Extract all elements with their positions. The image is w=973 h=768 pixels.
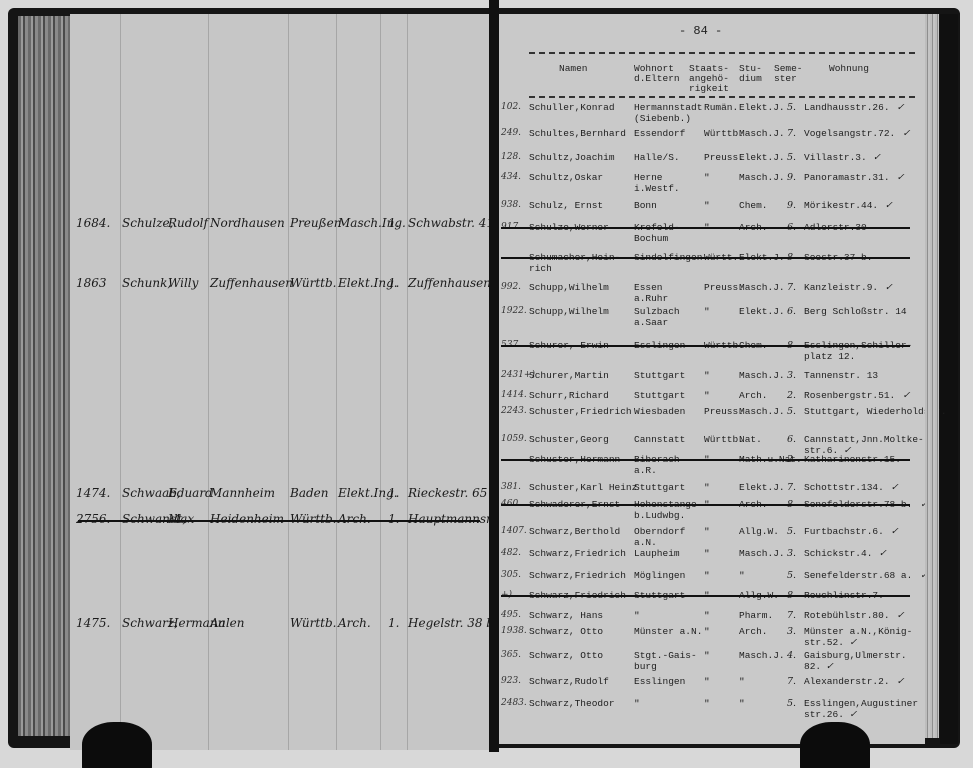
- entry-number: 1863: [76, 276, 107, 290]
- cell-semester: 5.: [787, 698, 796, 709]
- header-hometown: Wohnort d.Eltern: [634, 64, 680, 84]
- cell-address: Esslingen,Schiller- platz 12.: [804, 340, 912, 362]
- cell-hometown: Stuttgart: [634, 370, 685, 381]
- entry-number: 1684.: [76, 216, 110, 230]
- cell-name: Schurr,Richard: [529, 390, 609, 401]
- cell-hometown: Sulzbach a.Saar: [634, 306, 680, 328]
- cell-number: 482.: [501, 548, 521, 559]
- cell-study: Masch.J.: [739, 406, 785, 417]
- cell-semester: 7.: [787, 128, 796, 139]
- cell-nationality: ": [704, 610, 710, 621]
- ledger-entry: 1684.Schulze,RudolfNordhausenPreußenMasc…: [70, 210, 490, 240]
- cell-name: Schurer, Erwin: [529, 340, 609, 351]
- cell-semester: 8: [787, 590, 793, 601]
- cell-number: 381.: [501, 482, 521, 493]
- cell-name: Schurer,Martin: [529, 370, 609, 381]
- cell-nationality: ": [704, 200, 710, 211]
- cell-number: 938.: [501, 200, 521, 211]
- check-mark-icon: ✓: [885, 200, 893, 211]
- cell-study: Masch.J.: [739, 282, 785, 293]
- cell-number: 923.: [501, 676, 521, 687]
- cell-nationality: ": [704, 590, 710, 601]
- cell-hometown: Hohenstange b.Ludwbg.: [634, 499, 697, 521]
- cell-address: Villastr.3.: [804, 152, 867, 163]
- cell-nationality: ": [704, 626, 710, 637]
- cell-number: 434.: [501, 172, 521, 183]
- cell-name: Schwarz, Hans: [529, 610, 603, 621]
- cell-number: 1922.: [501, 306, 527, 317]
- entry-hometown: Zuffenhausen: [210, 276, 293, 290]
- cell-name: Schwarz,Friedrich: [529, 590, 626, 601]
- check-mark-icon: ✓: [826, 661, 834, 672]
- header-rule-top: [529, 52, 915, 55]
- cell-name: Schultz,Oskar: [529, 172, 603, 183]
- cell-nationality: ": [704, 526, 710, 537]
- entry-state: Baden: [290, 486, 328, 500]
- cell-nationality: ": [704, 390, 710, 401]
- cell-address: Gaisburg,Ulmerstr. 82.: [804, 650, 907, 672]
- cell-name: Schupp,Wilhelm: [529, 282, 609, 293]
- check-mark-icon: ✓: [897, 610, 905, 621]
- cell-nationality: Württb.: [704, 128, 744, 139]
- cell-study: Arch.: [739, 499, 768, 510]
- cell-hometown: Cannstatt: [634, 434, 685, 445]
- cell-study: Elekt.J.: [739, 102, 785, 113]
- cell-name: Schwarz, Otto: [529, 650, 603, 661]
- check-mark-icon: ✓: [897, 676, 905, 687]
- cell-number: 2483.: [501, 698, 527, 709]
- cell-nationality: ": [704, 454, 710, 465]
- cell-nationality: ": [704, 548, 710, 559]
- check-mark-icon: ✓: [879, 548, 887, 559]
- cell-number: +): [501, 590, 512, 601]
- entry-semester: 1.: [388, 512, 399, 526]
- cell-nationality: Preuss.: [704, 152, 744, 163]
- cell-semester: 5.: [787, 406, 796, 417]
- cell-address: Esslingen,Augustiner str.26.: [804, 698, 918, 720]
- cell-hometown: Bonn: [634, 200, 657, 211]
- page-number: - 84 -: [679, 24, 722, 38]
- cell-address: Katharinenstr.15.: [804, 454, 901, 465]
- cell-number: 102.: [501, 102, 521, 113]
- cell-address: Rosenbergstr.51.: [804, 390, 895, 401]
- entry-hometown: Mannheim: [210, 486, 275, 500]
- cell-semester: 3.: [787, 370, 796, 381]
- cell-study: Masch.J.: [739, 128, 785, 139]
- cell-name: Schumacher,Hein- rich: [529, 252, 620, 274]
- check-mark-icon: ✓: [885, 282, 893, 293]
- cell-name: Schwarz,Berthold: [529, 526, 620, 537]
- cell-name: Schwarz, Otto: [529, 626, 603, 637]
- entry-state: Preußen: [290, 216, 342, 230]
- cell-address: Cannstatt,Jnn.Moltke- str.6.: [804, 434, 924, 456]
- cell-study: Allg.W.: [739, 526, 779, 537]
- cell-name: Schuster,Karl Heinz: [529, 482, 637, 493]
- cell-nationality: Württb.: [704, 434, 744, 445]
- cell-hometown: Münster a.N.: [634, 626, 702, 637]
- cell-address: Tannenstr. 13: [804, 370, 878, 381]
- cell-study: Chem.: [739, 340, 768, 351]
- cell-name: Schwarz,Theodor: [529, 698, 615, 709]
- page-block-edge-right: [925, 14, 939, 738]
- entry-state: Württb.: [290, 616, 336, 630]
- cell-number: 1059.: [501, 434, 527, 445]
- cell-address: Senefelderstr.68 a.: [804, 570, 912, 581]
- cell-nationality: ": [704, 370, 710, 381]
- cell-semester: 7.: [787, 482, 796, 493]
- cell-address: Alexanderstr.2.: [804, 676, 890, 687]
- cell-study: Chem.: [739, 200, 768, 211]
- header-address: Wohnung: [829, 64, 869, 74]
- book-cover-edge: [940, 14, 958, 744]
- cell-nationality: ": [704, 570, 710, 581]
- entry-firstname: Willy: [168, 276, 198, 290]
- cell-address: Senefelderstr.78 b.: [804, 499, 912, 510]
- cell-study: Nat.: [739, 434, 762, 445]
- cell-address: Furtbachstr.6.: [804, 526, 884, 537]
- cell-study: Pharm.: [739, 610, 773, 621]
- cell-study: Allg.W.: [739, 590, 779, 601]
- cell-address: Mörikestr.44.: [804, 200, 878, 211]
- cell-study: Arch.: [739, 390, 768, 401]
- cell-study: Masch.J.: [739, 370, 785, 381]
- page-block-edge: [18, 16, 70, 736]
- book-spine: [489, 0, 499, 752]
- cell-number: 2243.: [501, 406, 527, 417]
- entry-state: Württb.: [290, 512, 336, 526]
- cell-semester: 5.: [787, 526, 796, 537]
- cell-study: ": [739, 698, 745, 709]
- cell-hometown: Stuttgart: [634, 590, 685, 601]
- cell-nationality: ": [704, 306, 710, 317]
- check-mark-icon: ✓: [897, 172, 905, 183]
- cell-name: Schultz,Joachim: [529, 152, 615, 163]
- header-nationality: Staats- angehö- rigkeit: [689, 64, 729, 94]
- header-name: Namen: [559, 64, 588, 74]
- cell-number: 365.: [501, 650, 521, 661]
- cell-hometown: Herne i.Westf.: [634, 172, 680, 194]
- cell-semester: 7.: [787, 282, 796, 293]
- cell-nationality: ": [704, 650, 710, 661]
- cell-number: 495.: [501, 610, 521, 621]
- check-mark-icon: ✓: [849, 709, 857, 720]
- entry-address: Schwabstr. 41: [408, 216, 494, 230]
- cell-address: Kanzleistr.9.: [804, 282, 878, 293]
- entry-hometown: Heidenheim: [210, 512, 284, 526]
- cell-semester: 6.: [787, 222, 796, 233]
- cell-address: Vogelsangstr.72.: [804, 128, 895, 139]
- cell-name: Schupp,Wilhelm: [529, 306, 609, 317]
- cell-hometown: Laupheim: [634, 548, 680, 559]
- check-mark-icon: ✓: [902, 390, 910, 401]
- entry-semester: 1.: [388, 486, 399, 500]
- cell-hometown: Krefeld- Bochum: [634, 222, 680, 244]
- cell-study: Masch.J.: [739, 650, 785, 661]
- cell-semester: 3.: [787, 626, 796, 637]
- cell-hometown: ": [634, 698, 640, 709]
- cell-hometown: Biberach a.R.: [634, 454, 680, 476]
- cell-study: Arch.: [739, 222, 768, 233]
- cell-name: Schuster,Hermann: [529, 454, 620, 465]
- cell-hometown: Halle/S.: [634, 152, 680, 163]
- cell-semester: 7.: [787, 676, 796, 687]
- cell-name: Schwarz,Rudolf: [529, 676, 609, 687]
- cell-hometown: Hermannstadt (Siebenb.): [634, 102, 702, 124]
- cell-nationality: Preuss.: [704, 406, 744, 417]
- entry-surname: Schunk,: [122, 276, 171, 290]
- cell-name: Schuster,Friedrich: [529, 406, 632, 417]
- cell-semester: 5.: [787, 570, 796, 581]
- cell-study: Elekt.J.: [739, 482, 785, 493]
- cell-nationality: Rumän.: [704, 102, 738, 113]
- ledger-entry: 2756.Schwandt,MaxHeidenheimWürttb.Arch.1…: [70, 506, 490, 536]
- cell-semester: 5.: [787, 102, 796, 113]
- cell-name: Schulz, Ernst: [529, 200, 603, 211]
- cell-nationality: ": [704, 222, 710, 233]
- cell-semester: 6.: [787, 434, 796, 445]
- cell-semester: 6.: [787, 306, 796, 317]
- left-page: 1684.Schulze,RudolfNordhausenPreußenMasc…: [70, 14, 490, 750]
- cell-semester: 8: [787, 252, 793, 263]
- cell-address: Schottstr.134.: [804, 482, 884, 493]
- cell-address: Reuchlinstr.7.: [804, 590, 884, 601]
- cell-hometown: Stuttgart: [634, 482, 685, 493]
- check-mark-icon: ✓: [891, 482, 899, 493]
- cell-semester: 2: [787, 454, 793, 465]
- cell-hometown: Stuttgart: [634, 390, 685, 401]
- cell-nationality: ": [704, 482, 710, 493]
- cell-semester: 9.: [787, 172, 796, 183]
- cell-study: Elekt.J.: [739, 252, 785, 263]
- cell-address: Seestr.37 b.: [804, 252, 872, 263]
- cell-number: 460.: [501, 499, 521, 510]
- check-mark-icon: ✓: [902, 128, 910, 139]
- cell-number: 1414.: [501, 390, 527, 401]
- cell-study: Elekt.J.: [739, 152, 785, 163]
- cell-hometown: Esslingen: [634, 676, 685, 687]
- right-page: - 84 - Namen Wohnort d.Eltern Staats- an…: [499, 14, 925, 744]
- cell-address: Rotebühlstr.80.: [804, 610, 890, 621]
- check-mark-icon: ✓: [873, 152, 881, 163]
- cell-number: 537.: [501, 340, 521, 351]
- cell-study: ": [739, 570, 745, 581]
- cell-name: Schultes,Bernhard: [529, 128, 626, 139]
- entry-firstname: Eduard: [168, 486, 213, 500]
- cell-address: Panoramastr.31.: [804, 172, 890, 183]
- cell-semester: 8: [787, 340, 793, 351]
- entry-surname: Schulze,: [122, 216, 173, 230]
- entry-number: 1474.: [76, 486, 110, 500]
- cell-nationality: ": [704, 499, 710, 510]
- entry-semester: 1.: [388, 616, 399, 630]
- entry-firstname: Rudolf: [168, 216, 208, 230]
- cell-hometown: Möglingen: [634, 570, 685, 581]
- cell-nationality: ": [704, 172, 710, 183]
- cell-number: 1938.: [501, 626, 527, 637]
- cell-hometown: Essen a.Ruhr: [634, 282, 668, 304]
- entry-address: Hegelstr. 38 b: [408, 616, 494, 630]
- cell-name: Schuster,Georg: [529, 434, 609, 445]
- entry-hometown: Aalen: [210, 616, 245, 630]
- cell-hometown: Essendorf: [634, 128, 685, 139]
- cell-study: ": [739, 676, 745, 687]
- cell-name: Schwaderer,Ernst: [529, 499, 620, 510]
- entry-semester: 1.: [388, 216, 399, 230]
- cell-number: 305.: [501, 570, 521, 581]
- cell-hometown: Stgt.-Gais- burg: [634, 650, 697, 672]
- cell-hometown: ": [634, 610, 640, 621]
- header-study: Stu- dium: [739, 64, 762, 84]
- check-mark-icon: ✓: [897, 102, 905, 113]
- check-mark-icon: ✓: [849, 637, 857, 648]
- cell-address: Berg Schloßstr. 14: [804, 306, 907, 317]
- cell-nationality: ": [704, 676, 710, 687]
- cell-study: Arch.: [739, 626, 768, 637]
- entry-number: 2756.: [76, 512, 110, 526]
- cell-hometown: Oberndorf a.N.: [634, 526, 685, 548]
- cell-semester: 7.: [787, 610, 796, 621]
- header-semester: Seme- ster: [774, 64, 803, 84]
- cell-study: Elekt.J.: [739, 306, 785, 317]
- cell-name: Schuller,Konrad: [529, 102, 615, 113]
- cell-hometown: Sindelfingen: [634, 252, 702, 263]
- cell-hometown: Esslingen: [634, 340, 685, 351]
- thumb-right: [800, 722, 870, 768]
- cell-semester: 5.: [787, 152, 796, 163]
- entry-state: Württb.: [290, 276, 336, 290]
- cell-address: Münster a.N.,König- str.52.: [804, 626, 912, 648]
- cell-address: Schickstr.4.: [804, 548, 872, 559]
- cell-name: Schwarz,Friedrich: [529, 570, 626, 581]
- cell-number: 249.: [501, 128, 521, 139]
- cell-name: Schulze,Werner: [529, 222, 609, 233]
- check-mark-icon: ✓: [891, 526, 899, 537]
- cell-semester: 8: [787, 499, 793, 510]
- thumb-left: [82, 722, 152, 768]
- cell-number: 1407.: [501, 526, 527, 537]
- header-rule-bottom: [529, 96, 915, 99]
- cell-nationality: Preuss.: [704, 282, 744, 293]
- entry-number: 1475.: [76, 616, 110, 630]
- cell-name: Schwarz,Friedrich: [529, 548, 626, 559]
- cell-semester: 4.: [787, 650, 796, 661]
- cell-hometown: Wiesbaden: [634, 406, 685, 417]
- cell-semester: 2.: [787, 390, 796, 401]
- entry-firstname: Max: [168, 512, 194, 526]
- cell-number: 128.: [501, 152, 521, 163]
- entry-semester: 1.: [388, 276, 399, 290]
- entry-hometown: Nordhausen: [210, 216, 285, 230]
- cell-study: Masch.J.: [739, 172, 785, 183]
- ledger-entry: 1863Schunk,WillyZuffenhausenWürttb.Elekt…: [70, 270, 490, 300]
- cell-semester: 9.: [787, 200, 796, 211]
- cell-address: Landhausstr.26.: [804, 102, 890, 113]
- entry-study: Arch.: [338, 512, 371, 526]
- entry-study: Arch.: [338, 616, 371, 630]
- cell-number: 992.: [501, 282, 521, 293]
- cell-address: Adlerstr.30: [804, 222, 867, 233]
- cell-semester: 3.: [787, 548, 796, 559]
- ledger-entry: 1475.Schwarz,HermannAalenWürttb.Arch.1.H…: [70, 610, 490, 640]
- cell-nationality: Württ.: [704, 252, 738, 263]
- cell-nationality: ": [704, 698, 710, 709]
- cell-number: 917.: [501, 222, 521, 233]
- cell-study: Masch.J.: [739, 548, 785, 559]
- cell-nationality: Württb.: [704, 340, 744, 351]
- entry-address: Rieckestr. 65 b: [408, 486, 499, 500]
